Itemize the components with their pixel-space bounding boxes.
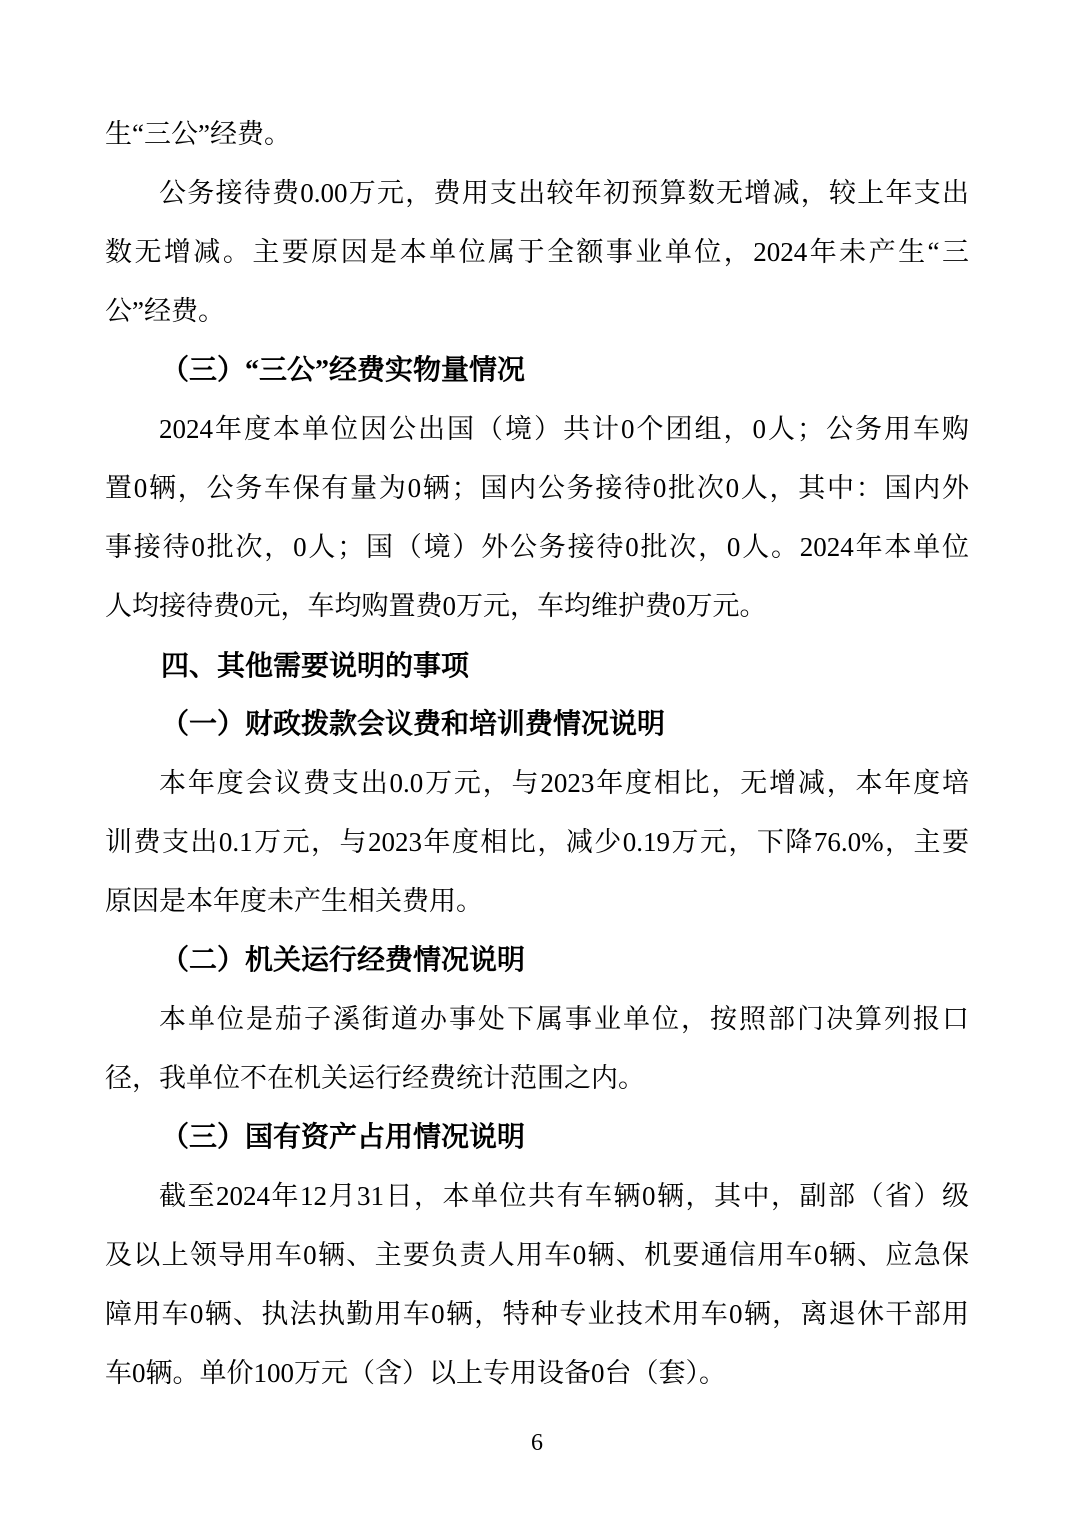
para-meeting-training-fee: 本年度会议费支出0.0万元，与2023年度相比，无增减，本年度培训费支出0.1万… [105,754,969,931]
text-line: 2024年度本单位因公出国（境）共计0个团组，0人；公务用车购 [105,400,969,459]
para-sangong-physical-quantity: 2024年度本单位因公出国（境）共计0个团组，0人；公务用车购置0辆，公务车保有… [105,400,969,636]
text-line: 置0辆，公务车保有量为0辆；国内公务接待0批次0人，其中：国内外 [105,459,969,518]
heading-meeting-training-fee: （一）财政拨款会议费和培训费情况说明 [105,695,969,754]
text-line: 公务接待费0.00万元，费用支出较年初预算数无增减，较上年支出 [105,164,969,223]
text-line: 训费支出0.1万元，与2023年度相比，减少0.19万元，下降76.0%，主要 [105,813,969,872]
text-line: 本单位是茄子溪街道办事处下属事业单位，按照部门决算列报口 [105,990,969,1049]
heading-section-four-other-matters: 四、其他需要说明的事项 [105,636,969,695]
document-page: 生“三公”经费。公务接待费0.00万元，费用支出较年初预算数无增减，较上年支出数… [0,0,1074,1520]
para-state-assets-occupancy: 截至2024年12月31日，本单位共有车辆0辆，其中，副部（省）级及以上领导用车… [105,1167,969,1403]
text-line: 公”经费。 [105,282,969,341]
document-body: 生“三公”经费。公务接待费0.00万元，费用支出较年初预算数无增减，较上年支出数… [105,105,969,1403]
heading-sangong-physical-quantity: （三）“三公”经费实物量情况 [105,341,969,400]
page-number: 6 [531,1430,543,1456]
text-line: 事接待0批次，0人；国（境）外公务接待0批次，0人。2024年本单位 [105,518,969,577]
para-sangong-continuation: 生“三公”经费。 [105,105,969,164]
text-line: 截至2024年12月31日，本单位共有车辆0辆，其中，副部（省）级 [105,1167,969,1226]
heading-organ-operating-funds: （二）机关运行经费情况说明 [105,931,969,990]
text-line: 径，我单位不在机关运行经费统计范围之内。 [105,1049,969,1108]
text-line: 原因是本年度未产生相关费用。 [105,872,969,931]
para-reception-fee: 公务接待费0.00万元，费用支出较年初预算数无增减，较上年支出数无增减。主要原因… [105,164,969,341]
text-line: 人均接待费0元，车均购置费0万元，车均维护费0万元。 [105,577,969,636]
heading-state-assets-occupancy: （三）国有资产占用情况说明 [105,1108,969,1167]
text-line: 数无增减。主要原因是本单位属于全额事业单位，2024年未产生“三 [105,223,969,282]
text-line: 生“三公”经费。 [105,105,969,164]
text-line: 障用车0辆、执法执勤用车0辆，特种专业技术用车0辆，离退休干部用 [105,1285,969,1344]
page-footer: 6 [0,1428,1074,1458]
text-line: 及以上领导用车0辆、主要负责人用车0辆、机要通信用车0辆、应急保 [105,1226,969,1285]
text-line: 本年度会议费支出0.0万元，与2023年度相比，无增减，本年度培 [105,754,969,813]
text-line: 车0辆。单价100万元（含）以上专用设备0台（套）。 [105,1344,969,1403]
para-organ-operating-funds: 本单位是茄子溪街道办事处下属事业单位，按照部门决算列报口径，我单位不在机关运行经… [105,990,969,1108]
